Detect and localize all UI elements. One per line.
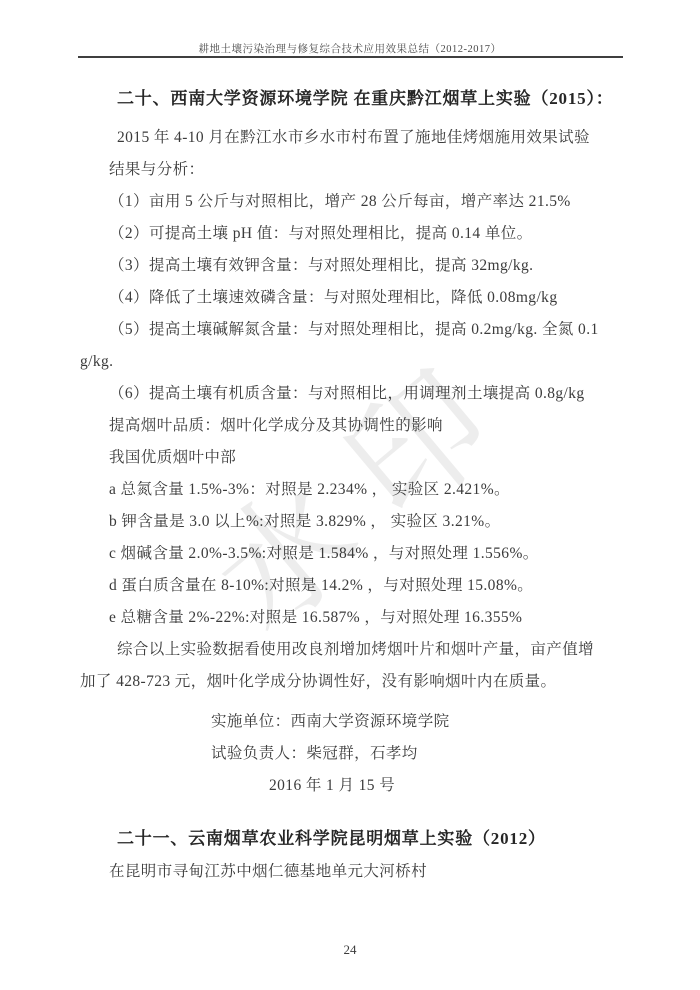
body-line: 加了 428-723 元，烟叶化学成分协调性好，没有影响烟叶内在质量。 <box>80 666 625 698</box>
body-line: 结果与分析： <box>80 154 625 186</box>
body-line: 2015 年 4-10 月在黔江水市乡水市村布置了施地佳烤烟施用效果试验 <box>80 122 625 154</box>
body-line: （3）提高土壤有效钾含量：与对照处理相比，提高 32mg/kg. <box>80 250 625 282</box>
section-20-title: 二十、西南大学资源环境学院 在重庆黔江烟草上实验（2015）： <box>80 86 625 112</box>
implementing-unit: 实施单位：西南大学资源环境学院 <box>80 706 625 738</box>
body-line: d 蛋白质含量在 8-10%:对照是 14.2% ，与对照处理 15.08%。 <box>80 570 625 602</box>
body-line: 我国优质烟叶中部 <box>80 442 625 474</box>
body-line: g/kg. <box>80 346 625 378</box>
body-line: （5）提高土壤碱解氮含量：与对照处理相比，提高 0.2mg/kg. 全氮 0.1 <box>80 314 625 346</box>
body-line: （2）可提高土壤 pH 值：与对照处理相比，提高 0.14 单位。 <box>80 218 625 250</box>
section-21: 二十一、云南烟草农业科学院昆明烟草上实验（2012） 在昆明市寻甸江苏中烟仁德基… <box>80 826 625 888</box>
body-line: 在昆明市寻甸江苏中烟仁德基地单元大河桥村 <box>80 856 625 888</box>
body-line: 综合以上实验数据看使用改良剂增加烤烟叶片和烟叶产量，亩产值增 <box>80 634 625 666</box>
page-number: 24 <box>0 942 700 958</box>
document-page: 耕地土壤污染治理与修复综合技术应用效果总结（2012-2017） 水印 二十、西… <box>0 0 700 990</box>
body-line: 提高烟叶品质：烟叶化学成分及其协调性的影响 <box>80 410 625 442</box>
body-line: b 钾含量是 3.0 以上%:对照是 3.829% ， 实验区 3.21%。 <box>80 506 625 538</box>
signature-block: 实施单位：西南大学资源环境学院 试验负责人：柴冠群，石孝均 2016 年 1 月… <box>80 706 625 802</box>
header-rule <box>78 56 623 58</box>
body-line: c 烟碱含量 2.0%-3.5%:对照是 1.584% ，与对照处理 1.556… <box>80 538 625 570</box>
body-line: （1）亩用 5 公斤与对照相比，增产 28 公斤每亩，增产率达 21.5% <box>80 186 625 218</box>
document-body: 二十、西南大学资源环境学院 在重庆黔江烟草上实验（2015）： 2015 年 4… <box>80 86 625 888</box>
body-line: （4）降低了土壤速效磷含量：与对照处理相比，降低 0.08mg/kg <box>80 282 625 314</box>
running-header: 耕地土壤污染治理与修复综合技术应用效果总结（2012-2017） <box>0 41 700 56</box>
signature-date: 2016 年 1 月 15 号 <box>80 770 625 802</box>
body-line: e 总糖含量 2%-22%:对照是 16.587% ，与对照处理 16.355% <box>80 602 625 634</box>
body-line: a 总氮含量 1.5%-3%：对照是 2.234% ， 实验区 2.421%。 <box>80 474 625 506</box>
section-21-title: 二十一、云南烟草农业科学院昆明烟草上实验（2012） <box>80 826 625 852</box>
experiment-leader: 试验负责人：柴冠群，石孝均 <box>80 738 625 770</box>
body-line: （6）提高土壤有机质含量：与对照相比，用调理剂土壤提高 0.8g/kg <box>80 378 625 410</box>
